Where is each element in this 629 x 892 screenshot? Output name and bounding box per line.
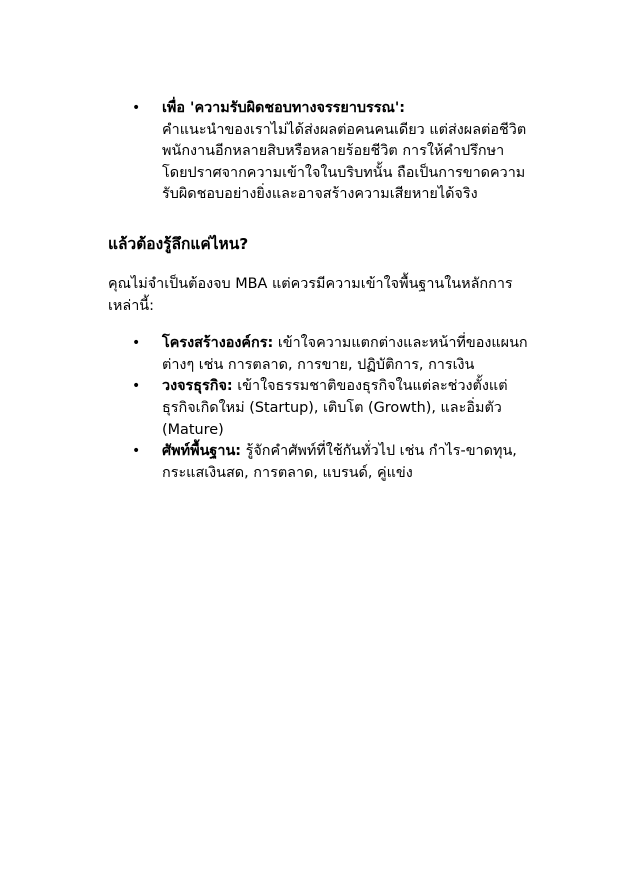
- bullet-icon: •: [132, 333, 140, 355]
- bullet-term: วงจรธุรกิจ:: [162, 378, 233, 394]
- bullet-icon: •: [132, 376, 140, 398]
- page-content: • เพื่อ 'ความรับผิดชอบทางจรรยาบรรณ': คำแ…: [108, 98, 528, 484]
- section-heading: แล้วต้องรู้ลึกแค่ไหน?: [108, 233, 528, 255]
- bullet-term: ศัพท์พื้นฐาน:: [162, 443, 241, 459]
- list-item-ethical-responsibility: • เพื่อ 'ความรับผิดชอบทางจรรยาบรรณ': คำแ…: [108, 98, 528, 206]
- ethics-bullet-list: • เพื่อ 'ความรับผิดชอบทางจรรยาบรรณ': คำแ…: [108, 98, 528, 206]
- bullet-icon: •: [132, 441, 140, 463]
- list-item-org-structure: • โครงสร้างองค์กร: เข้าใจความแตกต่างและห…: [108, 333, 528, 376]
- list-item-business-cycle: • วงจรธุรกิจ: เข้าใจธรรมชาติของธุรกิจในแ…: [108, 376, 528, 441]
- fundamentals-bullet-list: • โครงสร้างองค์กร: เข้าใจความแตกต่างและห…: [108, 333, 528, 484]
- document-page: • เพื่อ 'ความรับผิดชอบทางจรรยาบรรณ': คำแ…: [0, 0, 629, 892]
- bullet-icon: •: [132, 98, 140, 120]
- list-item-basic-terms: • ศัพท์พื้นฐาน: รู้จักคำศัพท์ที่ใช้กันทั…: [108, 441, 528, 484]
- bullet-term: โครงสร้างองค์กร:: [162, 335, 273, 351]
- bullet-text: คำแนะนำของเราไม่ได้ส่งผลต่อคนคนเดียว แต่…: [162, 122, 526, 203]
- bullet-term: เพื่อ 'ความรับผิดชอบทางจรรยาบรรณ':: [162, 100, 405, 116]
- intro-paragraph: คุณไม่จำเป็นต้องจบ MBA แต่ควรมีความเข้าใ…: [108, 274, 528, 317]
